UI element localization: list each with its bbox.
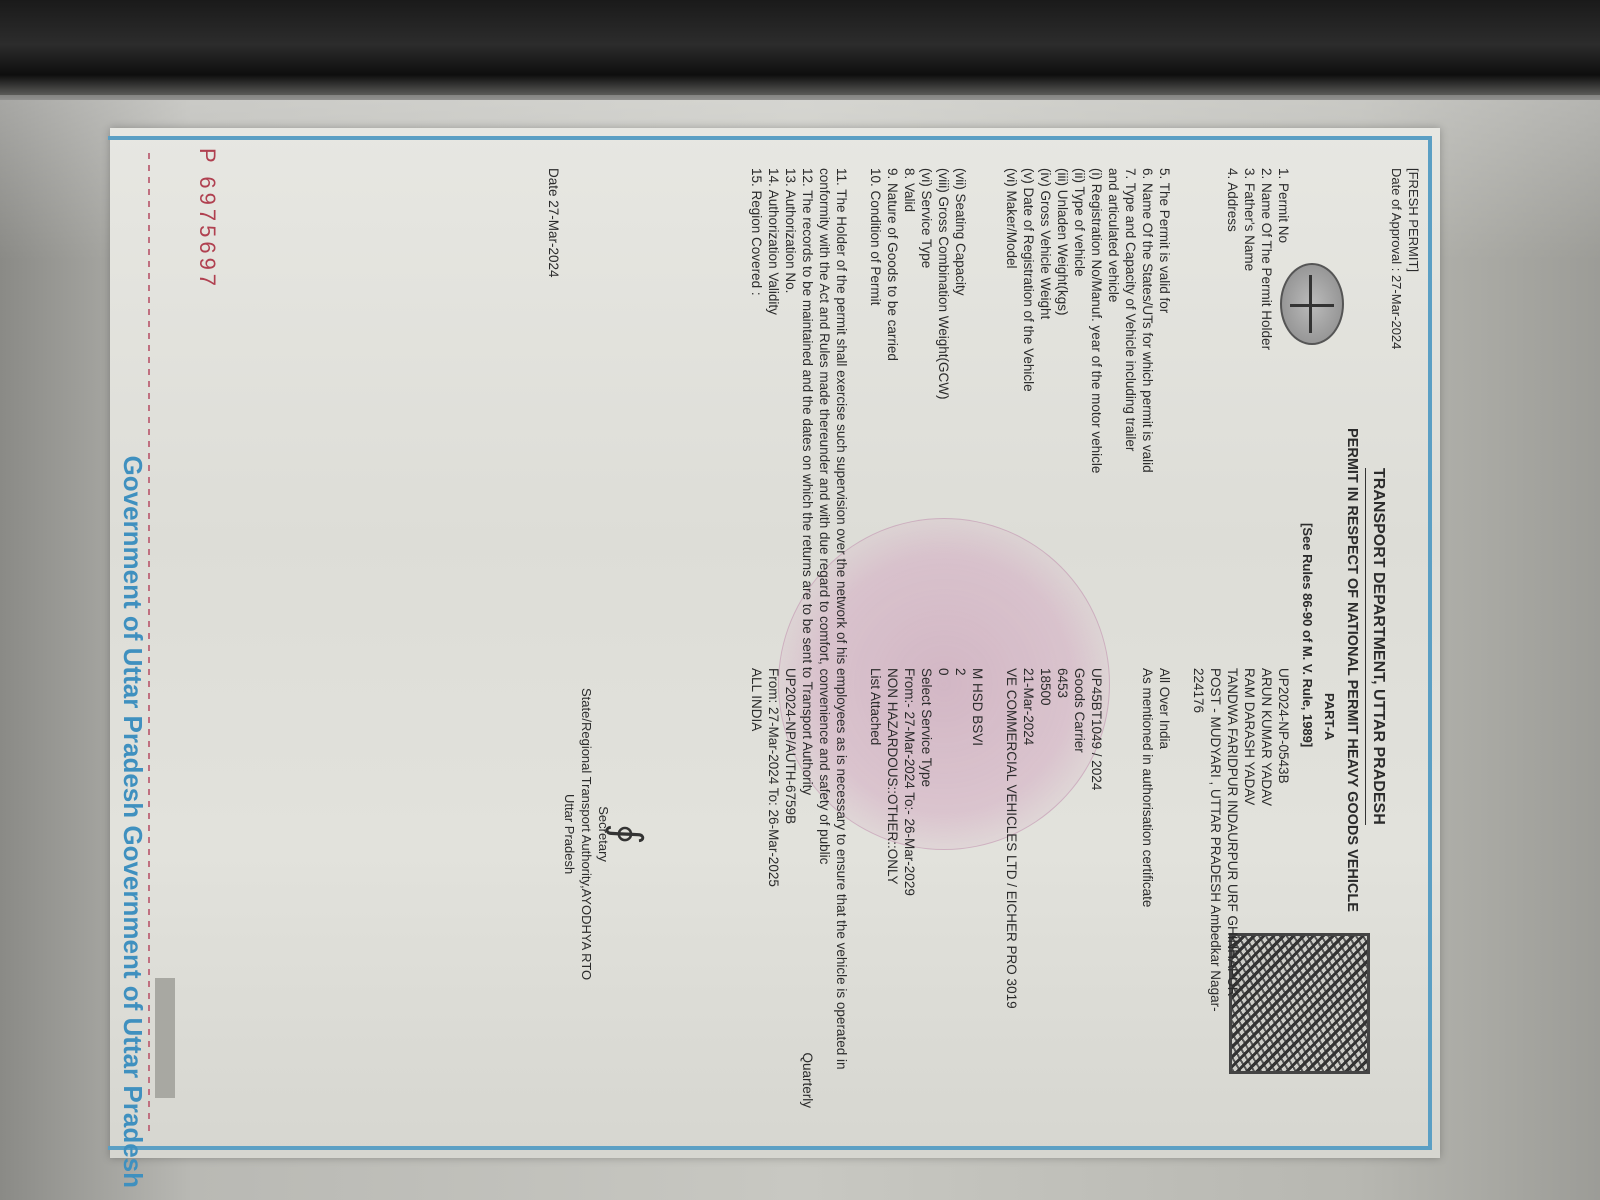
field-label: (viii) Gross Combination Weight(GCW): [935, 168, 952, 668]
field-row: 13. Authorization No.UP2024-NP/AUTH-6759…: [782, 168, 799, 1118]
serial-number: P 6975697: [194, 148, 220, 290]
microprint-line: [148, 153, 150, 1133]
rules-reference: [See Rules 86-90 of M. V. Rule, 1989]: [1299, 523, 1316, 747]
permit-document: [FRESH PERMIT] Date of Approval : 27-Mar…: [110, 128, 1440, 1158]
field-row: 15. Region Covered :ALL INDIA: [748, 168, 765, 1118]
signatory-title: Secretary: [595, 688, 612, 980]
field-label: and articulated vehicle: [1105, 168, 1122, 668]
field-row: 6. Name Of the States/UTs for which perm…: [1139, 168, 1156, 1118]
security-footer-text: Government of Uttar Pradesh Government o…: [122, 128, 144, 1188]
field-row: 10. Condition of PermitList Attached: [867, 168, 884, 1118]
field-label: 15. Region Covered :: [748, 168, 765, 668]
document-title: TRANSPORT DEPARTMENT, UTTAR PRADESH: [1365, 468, 1387, 825]
field-value: All Over India: [1156, 668, 1173, 1118]
field-value: VE COMMERCIAL VEHICLES LTD / EICHER PRO …: [1003, 668, 1020, 1118]
field-value: From: 27-Mar-2024 To: 26-Mar-2025: [765, 668, 782, 1118]
signature-block: ∮ Secretary State/Regional Transport Aut…: [561, 688, 642, 980]
field-label: [969, 168, 986, 668]
field-label: (iv) Gross Vehicle Weight: [1037, 168, 1054, 668]
condition-12: 12. The records to be maintained and the…: [799, 168, 816, 1118]
field-label: 1. Permit No: [1275, 168, 1292, 668]
field-value: 224176: [1190, 668, 1207, 1118]
field-value: TANDWA FARIDPUR INDAURPUR URF GHINHAPUR: [1224, 668, 1241, 1118]
field-label: 2. Name Of The Permit Holder: [1258, 168, 1275, 668]
field-row: (vi) Service TypeSelect Service Type: [918, 168, 935, 1118]
permit-fields: 1. Permit NoUP2024-NP-0543B2. Name Of Th…: [748, 168, 1292, 1118]
field-label: 8. Valid: [901, 168, 918, 668]
field-value: 21-Mar-2024: [1020, 668, 1037, 1118]
part-label: PART-A: [1321, 693, 1338, 740]
field-value: UP45BT1049 / 2024: [1088, 668, 1105, 1118]
signatory-state: Uttar Pradesh: [561, 688, 578, 980]
field-label: 13. Authorization No.: [782, 168, 799, 668]
field-row: 2. Name Of The Permit HolderARUN KUMAR Y…: [1258, 168, 1275, 1118]
returns-frequency: Quarterly: [799, 1052, 816, 1108]
signatory-authority: State/Regional Transport Authority,AYODH…: [578, 688, 595, 980]
field-value: UP2024-NP-0543B: [1275, 668, 1292, 1118]
field-value: 2: [952, 668, 969, 1118]
field-row: (iii) Unladen Weight(kgs)6453: [1054, 168, 1071, 1118]
field-row: 5. The Permit is valid forAll Over India: [1156, 168, 1173, 1118]
field-row: and articulated vehicle: [1105, 168, 1122, 1118]
field-label: [1207, 168, 1224, 668]
field-value: M HSD BSVI: [969, 668, 986, 1118]
field-value: 18500: [1037, 668, 1054, 1118]
field-value: List Attached: [867, 668, 884, 1118]
field-row: (iv) Gross Vehicle Weight18500: [1037, 168, 1054, 1118]
field-value: As mentioned in authorisation certificat…: [1139, 668, 1156, 1118]
field-value: ALL INDIA: [748, 668, 765, 1118]
field-label: (ii) Type of vehicle: [1071, 168, 1088, 668]
field-label: 7. Type and Capacity of Vehicle includin…: [1122, 168, 1139, 668]
field-label: (i) Registration No/Manuf. year of the m…: [1088, 168, 1105, 668]
field-row: (vii) Seating Capacity2: [952, 168, 969, 1118]
field-row: 8. ValidFrom:- 27-Mar-2024 To:- 26-Mar-2…: [901, 168, 918, 1118]
field-label: 9. Nature of Goods to be carried: [884, 168, 901, 668]
field-value: UP2024-NP/AUTH-6759B: [782, 668, 799, 1118]
field-row: (i) Registration No/Manuf. year of the m…: [1088, 168, 1105, 1118]
field-row: 224176: [1190, 168, 1207, 1118]
field-label: 4. Address: [1224, 168, 1241, 668]
field-row: 7. Type and Capacity of Vehicle includin…: [1122, 168, 1139, 1118]
field-row: 9. Nature of Goods to be carriedNON HAZA…: [884, 168, 901, 1118]
field-value: 6453: [1054, 668, 1071, 1118]
field-label: 10. Condition of Permit: [867, 168, 884, 668]
field-label: 14. Authorization Validity: [765, 168, 782, 668]
signature-icon: ∮: [612, 688, 642, 980]
field-row: (vi) Maker/ModelVE COMMERCIAL VEHICLES L…: [1003, 168, 1020, 1118]
field-label: (vii) Seating Capacity: [952, 168, 969, 668]
document-subtitle: PERMIT IN RESPECT OF NATIONAL PERMIT HEA…: [1343, 428, 1360, 912]
field-value: 0: [935, 668, 952, 1118]
dark-background-top: [0, 0, 1600, 100]
fresh-permit-label: [FRESH PERMIT]: [1405, 168, 1422, 1118]
field-value: ARUN KUMAR YADAV: [1258, 668, 1275, 1118]
field-label: (iii) Unladen Weight(kgs): [1054, 168, 1071, 668]
field-value: [1105, 668, 1122, 1118]
field-row: (v) Date of Registration of the Vehicle2…: [1020, 168, 1037, 1118]
field-row: (viii) Gross Combination Weight(GCW)0: [935, 168, 952, 1118]
field-label: 5. The Permit is valid for: [1156, 168, 1173, 668]
field-label: 3. Father's Name: [1241, 168, 1258, 668]
field-row: 14. Authorization ValidityFrom: 27-Mar-2…: [765, 168, 782, 1118]
field-row: M HSD BSVI: [969, 168, 986, 1118]
redacted-box: [155, 978, 175, 1098]
field-value: POST - MUDYARI , UTTAR PRADESH Ambedkar …: [1207, 668, 1224, 1118]
field-label: (vi) Maker/Model: [1003, 168, 1020, 668]
issue-date: Date 27-Mar-2024: [545, 168, 562, 278]
field-value: From:- 27-Mar-2024 To:- 26-Mar-2029: [901, 668, 918, 1118]
field-label: (vi) Service Type: [918, 168, 935, 668]
field-row: 3. Father's NameRAM DARASH YADAV: [1241, 168, 1258, 1118]
field-row: POST - MUDYARI , UTTAR PRADESH Ambedkar …: [1207, 168, 1224, 1118]
field-label: [1190, 168, 1207, 668]
condition-11: 11. The Holder of the permit shall exerc…: [816, 168, 850, 1108]
field-value: NON HAZARDOUS::OTHER::ONLY: [884, 668, 901, 1118]
field-value: RAM DARASH YADAV: [1241, 668, 1258, 1118]
field-label: 6. Name Of the States/UTs for which perm…: [1139, 168, 1156, 668]
field-row: (ii) Type of vehicleGoods Carrier: [1071, 168, 1088, 1118]
field-value: Goods Carrier: [1071, 668, 1088, 1118]
field-row: 1. Permit NoUP2024-NP-0543B: [1275, 168, 1292, 1118]
field-row: 4. AddressTANDWA FARIDPUR INDAURPUR URF …: [1224, 168, 1241, 1118]
field-value: Select Service Type: [918, 668, 935, 1118]
field-value: [1122, 668, 1139, 1118]
field-label: (v) Date of Registration of the Vehicle: [1020, 168, 1037, 668]
approval-date: Date of Approval : 27-Mar-2024: [1388, 168, 1405, 1118]
